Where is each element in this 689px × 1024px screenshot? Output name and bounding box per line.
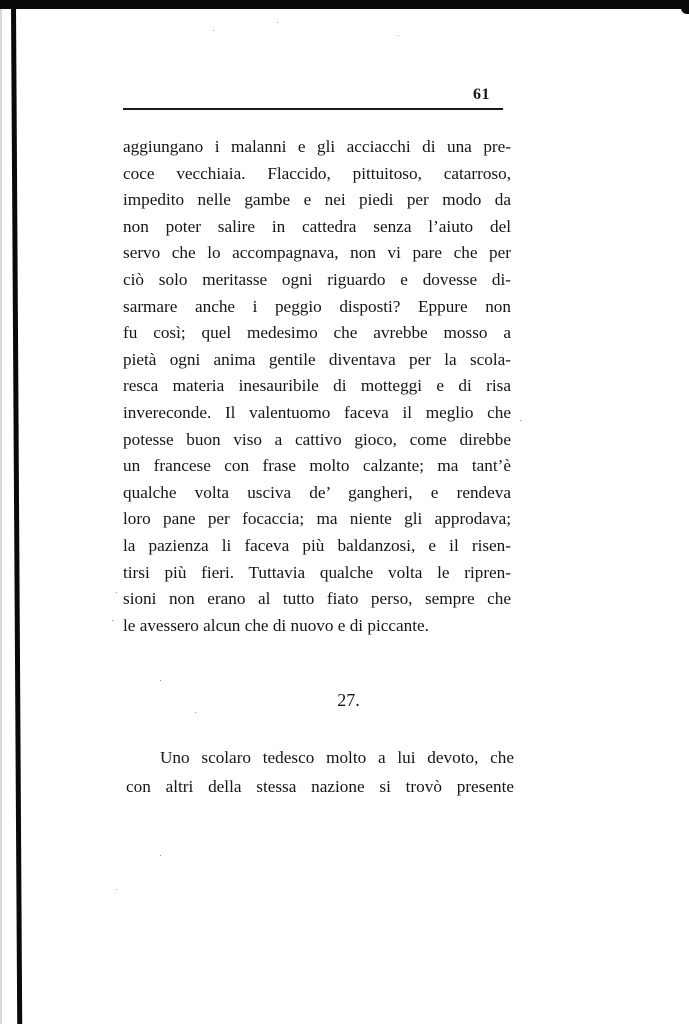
scan-speck (277, 22, 278, 23)
page-number: 61 (473, 86, 490, 104)
text-line: le avessero alcun che di nuovo e di picc… (123, 613, 511, 640)
scan-corner-mark (681, 6, 689, 14)
text-line: Uno scolaro tedesco molto a lui devoto, … (126, 743, 514, 772)
text-line: sarmare anche i peggio disposti? Eppure … (123, 294, 511, 321)
text-line: un francese con frase molto calzante; ma… (123, 453, 511, 480)
continued-paragraph: aggiungano i malanni e gli acciacchi di … (123, 134, 511, 639)
text-line: con altri della stessa nazione si trovò … (126, 772, 514, 801)
text-line: servo che lo accompagnava, non vi pare c… (123, 240, 511, 267)
text-line: non poter salire in cattedra senza l’aiu… (123, 214, 511, 241)
scan-top-border (0, 0, 689, 9)
text-line: qualche volta usciva de’ gangheri, e ren… (123, 480, 511, 507)
header-rule (123, 108, 503, 110)
scan-speck (160, 680, 161, 681)
scan-speck (112, 620, 113, 621)
text-line: resca materia inesauribile di motteggi e… (123, 373, 511, 400)
scan-speck (116, 889, 117, 890)
text-line: pietà ogni anima gentile diventava per l… (123, 347, 511, 374)
text-line: invereconde. Il valentuomo faceva il meg… (123, 400, 511, 427)
text-line: impedito nelle gambe e nei piedi per mod… (123, 187, 511, 214)
text-line: fu così; quel medesimo che avrebbe mosso… (123, 320, 511, 347)
text-line: tirsi più fieri. Tuttavia qualche volta … (123, 560, 511, 587)
scan-speck (398, 35, 399, 36)
scan-binding-rule (11, 6, 22, 1024)
scan-speck (195, 712, 196, 713)
scan-speck (116, 592, 117, 593)
scan-speck (213, 30, 214, 31)
section-number: 27. (0, 690, 689, 711)
text-line: potesse buon viso a cattivo gioco, come … (123, 427, 511, 454)
scan-speck (160, 855, 161, 856)
text-line: aggiungano i malanni e gli acciacchi di … (123, 134, 511, 161)
text-line: ciò solo meritasse ogni riguardo e doves… (123, 267, 511, 294)
section-paragraph: Uno scolaro tedesco molto a lui devoto, … (126, 743, 514, 801)
scan-left-edge (0, 9, 2, 1024)
text-line: sioni non erano al tutto fiato perso, se… (123, 586, 511, 613)
text-line: la pazienza li faceva più baldanzosi, e … (123, 533, 511, 560)
scan-speck (520, 420, 521, 421)
text-line: loro pane per focaccia; ma niente gli ap… (123, 506, 511, 533)
text-line: coce vecchiaia. Flaccido, pittuitoso, ca… (123, 161, 511, 188)
